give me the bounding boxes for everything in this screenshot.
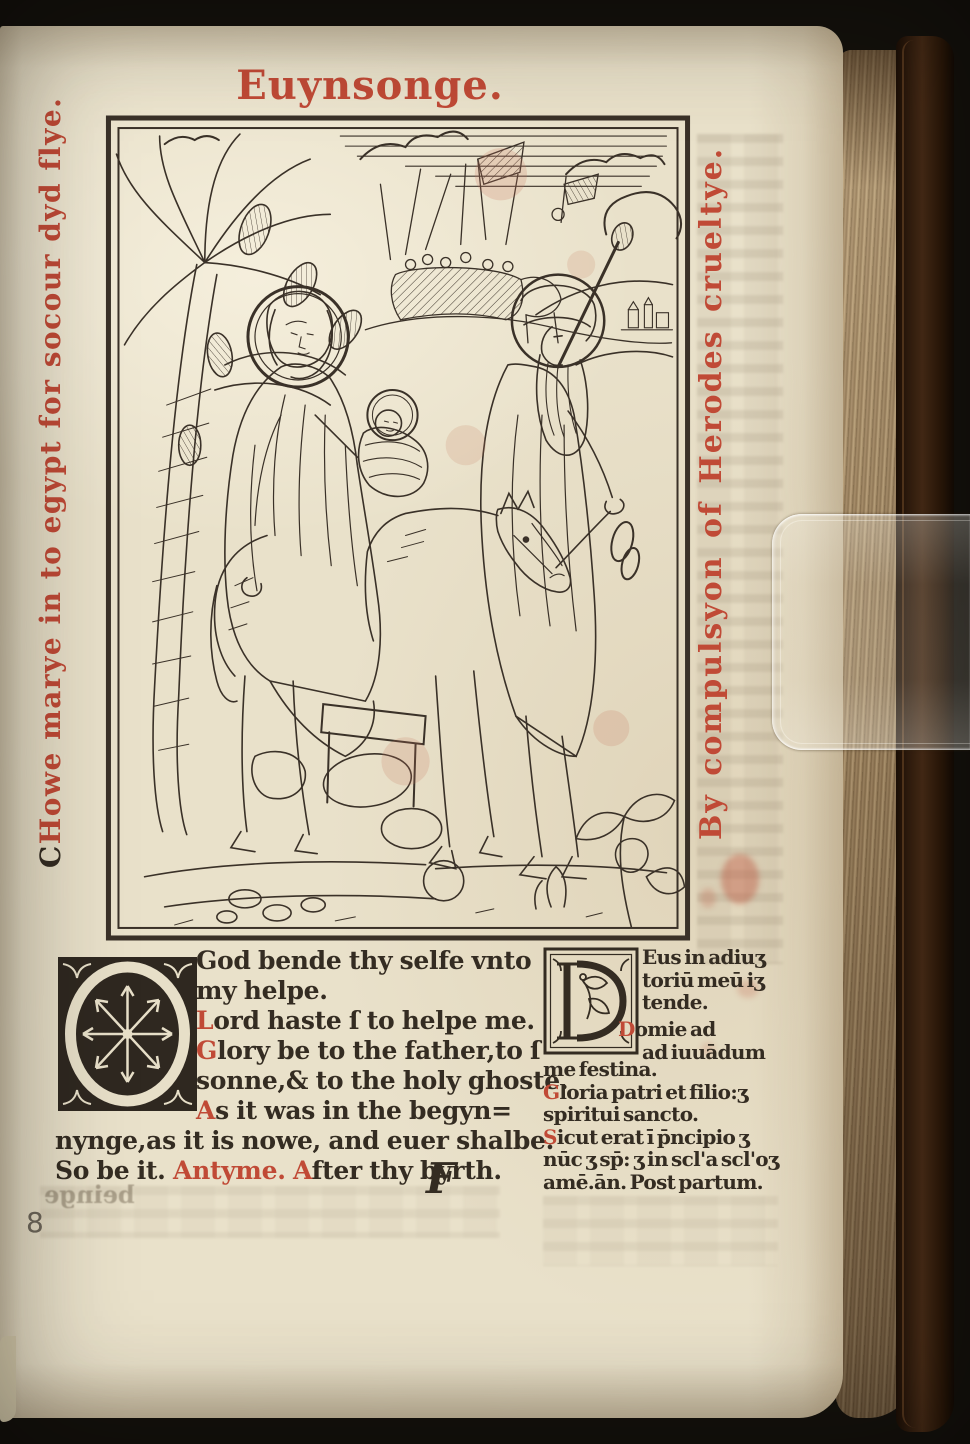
folio-number-handwritten: 8 [26,1206,44,1239]
black-letter-text: fter thy byrth. [312,1156,502,1185]
black-letter-text: omie ad [635,1017,716,1041]
acrylic-page-holder-strip [772,514,970,750]
red-ink-bleedthrough-stain [721,854,759,904]
text-line: So be it. Antyme. After thy byrth. [55,1156,533,1186]
black-letter-text: sonne,& to the holy ghoste. [196,1066,568,1095]
decorated-initial-o [57,956,198,1112]
woodcut-flight-into-egypt [104,114,692,942]
rubricated-text: G [543,1080,559,1104]
black-letter-text: nūc ʒ sp̄: ʒ in scl'a scl'oʒ [543,1147,779,1171]
english-column-lower: nynge,as it is nowe, and euer shalbe.So … [55,1126,533,1186]
black-letter-text: my helpe. [196,976,328,1005]
red-ink-bleedthrough-stain [700,888,716,908]
black-letter-text: me festina. [543,1057,657,1081]
text-line: Lord haste ſ to helpe me. [196,1006,532,1036]
rubricated-text: Antyme. A [173,1156,312,1185]
text-line: toriū meū iʒ [642,969,784,992]
underlying-page-edge [0,1336,16,1422]
text-line: spiritui sancto. [543,1103,785,1126]
latin-column-lower: me festina.Gloria patri et filio:ʒspirit… [543,1058,785,1193]
text-line: amē.ān. Post partum. [543,1171,785,1194]
english-column-upper: God bende thy selfe vntomy helpe.Lord ha… [196,946,532,1126]
black-letter-text: nynge,as it is nowe, and euer shalbe. [55,1126,554,1155]
text-line: sonne,& to the holy ghoste. [196,1066,532,1096]
black-letter-text: God bende thy selfe vnto [196,946,531,975]
black-letter-text: amē.ān. Post partum. [543,1170,763,1194]
marginal-rubric-left-text: Howe marye in to egypt for socour dyd fl… [34,97,67,845]
running-title: Euynsonge. [150,62,590,109]
rubricated-text: D [618,1017,635,1041]
text-line: nynge,as it is nowe, and euer shalbe. [55,1126,533,1156]
ink-bleedthrough-bottom-right [543,1196,778,1266]
digitized-book-photo: beinge Euynsonge. CHowe marye in to egyp… [0,0,970,1444]
christ-child-figure [359,390,428,496]
signature-mark: F [426,1154,456,1203]
latin-column-upper: Eus in adiuʒtoriū meū iʒtende. [642,946,784,1014]
rubricated-text: S [543,1125,557,1149]
rubricated-text: A [196,1096,215,1125]
text-line: God bende thy selfe vnto [196,946,532,976]
black-letter-text: icut erat ī p̄ncipio ʒ [557,1125,749,1149]
black-letter-text: tende. [642,990,708,1014]
text-line: me festina. [543,1058,785,1081]
donkey-figure [211,491,571,868]
text-line: Eus in adiuʒ [642,946,784,969]
text-line: Glory be to the father,to ſ [196,1036,532,1066]
text-line: nūc ʒ sp̄: ʒ in scl'a scl'oʒ [543,1148,785,1171]
text-line: Domie ad [618,1018,784,1041]
mary-figure [225,287,380,757]
rubricated-text: G [196,1036,217,1065]
black-letter-text: ord haste ſ to helpe me. [213,1006,535,1035]
text-line: tende. [642,991,784,1014]
black-letter-text: spiritui sancto. [543,1102,698,1126]
text-line: Gloria patri et filio:ʒ [543,1081,785,1104]
black-letter-text: lory be to the father,to ſ [217,1036,540,1065]
black-letter-text: So be it. [55,1156,173,1185]
text-line: my helpe. [196,976,532,1006]
marginal-rubric-left: CHowe marye in to egypt for socour dyd f… [34,146,67,868]
black-letter-text: loria patri et filio:ʒ [559,1080,747,1104]
rubricated-text: L [196,1006,213,1035]
text-line: As it was in the begyn= [196,1096,532,1126]
marginal-rubric-right: By compulsyon of Herodes crueltye. [694,178,729,840]
black-letter-text: Eus in adiuʒ [642,945,765,969]
paragraph-mark: C [34,844,67,868]
black-letter-text: s it was in the begyn= [215,1096,512,1125]
background-town [621,298,672,330]
text-line: Sicut erat ī p̄ncipio ʒ [543,1126,785,1149]
black-letter-text: toriū meū iʒ [642,968,764,992]
